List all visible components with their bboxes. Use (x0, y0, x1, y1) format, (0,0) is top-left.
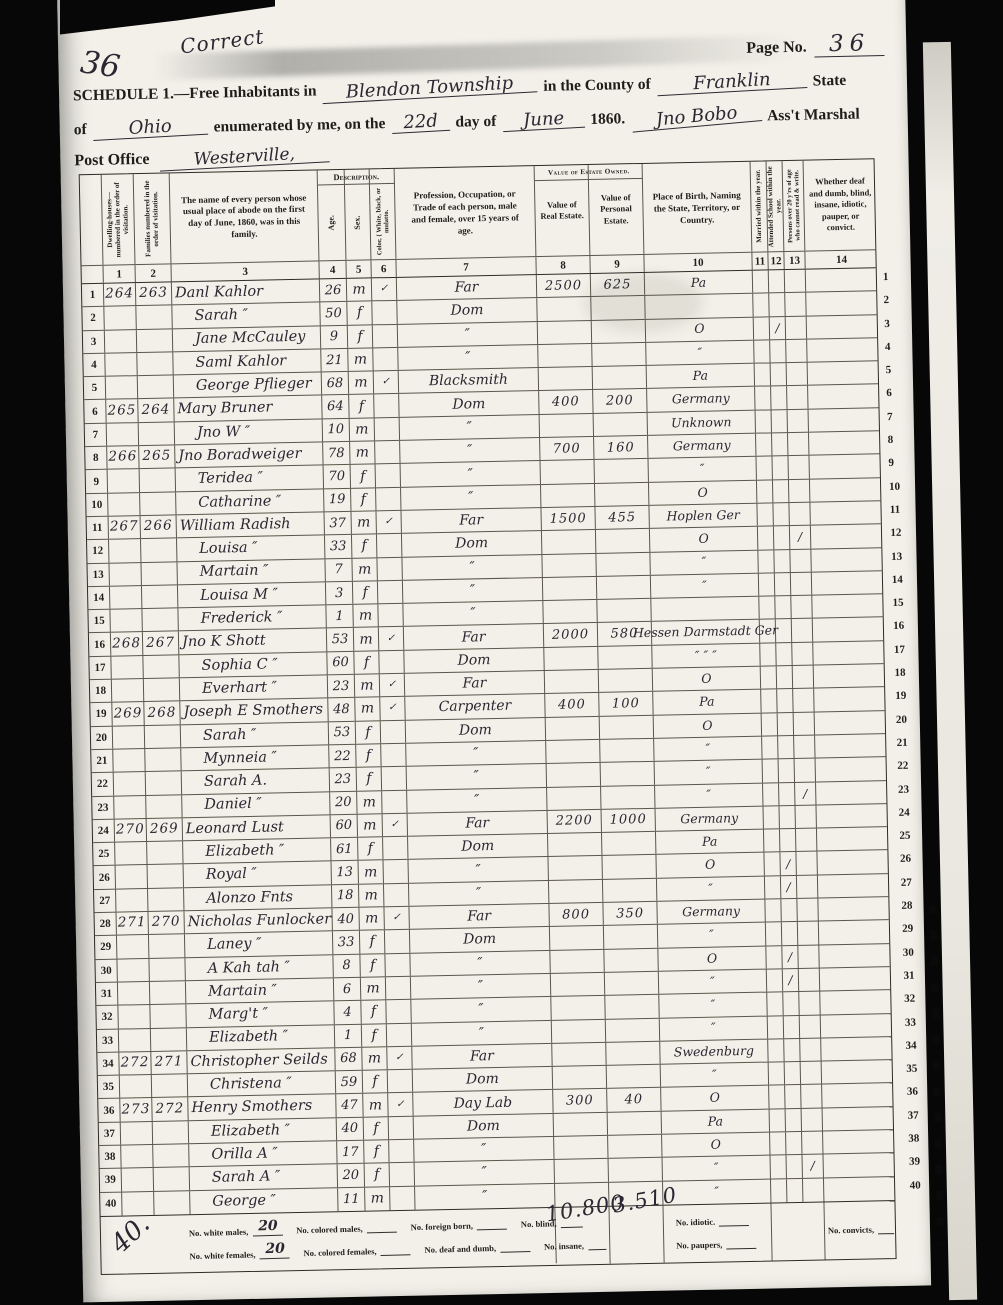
deaf-dumb-field: No. deaf and dumb, (424, 1242, 530, 1255)
right-line-number: 31 (897, 964, 923, 988)
cell-personal-estate (606, 1042, 660, 1065)
cell-age: 53 (329, 721, 356, 744)
cell-age: 1 (326, 605, 353, 628)
cell-age: 68 (322, 372, 349, 395)
cell-birthplace: Hoplen Ger (649, 504, 757, 528)
cell-cannot-read-mark (799, 968, 820, 991)
cell-occupation: Dom (397, 298, 537, 323)
cell-married-mark (755, 364, 771, 387)
cell-sex: m (348, 348, 373, 371)
cell-cannot-read-mark (791, 572, 812, 595)
line-number: 32 (96, 1006, 118, 1029)
cell-name: Sarah A. (182, 769, 330, 794)
cell-family (152, 1074, 188, 1097)
cell-school-mark (787, 1178, 803, 1202)
cell-school-mark (769, 293, 785, 316)
cell-remarks (820, 967, 892, 991)
cell-married-mark (771, 1179, 787, 1203)
cell-school-mark: / (782, 946, 798, 969)
cell-school-mark (776, 619, 792, 642)
cell-remarks (822, 1083, 894, 1107)
cell-personal-estate (597, 576, 651, 599)
cell-dwelling (110, 586, 142, 609)
cell-remarks (807, 338, 879, 362)
cell-dwelling (119, 1028, 151, 1051)
cell-family (144, 678, 180, 701)
line-number: 27 (94, 889, 116, 912)
cell-school-mark (779, 806, 795, 829)
cell-birthplace: Pa (647, 364, 755, 388)
cell-cannot-read-mark (798, 922, 819, 945)
cell-dwelling: 270 (115, 819, 147, 842)
cell-sex: m (363, 1094, 388, 1117)
cell-remarks (810, 478, 882, 502)
line-number: 22 (92, 773, 114, 796)
cell-age: 59 (336, 1071, 363, 1094)
cell-married-mark (763, 806, 779, 829)
cell-birthplace: ″ (650, 550, 758, 574)
cell-name: Nicholas Funlocker (184, 908, 332, 933)
cell-age: 22 (329, 745, 356, 768)
cell-married-mark (769, 1086, 785, 1109)
cell-cannot-read-mark: / (790, 526, 811, 549)
cell-age: 33 (333, 931, 360, 954)
cell-birthplace: ″ (657, 876, 765, 900)
cell-married-mark (762, 713, 778, 736)
cell-personal-estate (603, 878, 657, 901)
cell-married-mark (762, 736, 778, 759)
cell-color-mark (373, 348, 398, 371)
cell-school-mark (785, 1085, 801, 1108)
cell-color-mark: ✓ (376, 511, 401, 534)
cell-color-mark (376, 464, 401, 487)
cell-remarks (820, 990, 892, 1014)
cell-remarks (813, 618, 885, 642)
cell-occupation: ″ (401, 461, 541, 486)
cell-cannot-read-mark (793, 689, 814, 712)
cell-real-estate: 2500 (537, 274, 591, 297)
right-line-number: 12 (888, 522, 914, 546)
cell-occupation: Dom (408, 834, 548, 859)
cell-real-estate: 1500 (541, 507, 595, 530)
cell-real-estate (547, 786, 601, 809)
cell-married-mark (764, 853, 780, 876)
header-school: Attended School within the year. (767, 161, 785, 251)
cell-married-mark (753, 294, 769, 317)
cell-personal-estate (596, 529, 650, 552)
cell-remarks (815, 711, 887, 735)
cell-sex: m (352, 558, 377, 581)
cell-name: Danl Kahlor (172, 279, 320, 304)
cell-name: Royal ″ (184, 862, 332, 887)
cell-school-mark (784, 1039, 800, 1062)
cell-cannot-read-mark (798, 945, 819, 968)
cell-cannot-read-mark (801, 1062, 822, 1085)
cell-remarks (813, 641, 885, 665)
cell-dwelling (118, 982, 150, 1005)
cell-dwelling (120, 1075, 152, 1098)
cell-occupation: ″ (400, 438, 540, 463)
county-value: Franklin (656, 69, 807, 96)
cell-school-mark (772, 433, 788, 456)
cell-married-mark (761, 666, 777, 689)
cell-dwelling: 266 (107, 446, 139, 469)
cell-age: 19 (324, 489, 351, 512)
cell-real-estate (548, 856, 602, 879)
cell-real-estate (551, 973, 605, 996)
colnum-2: 2 (136, 264, 172, 282)
right-line-number: 28 (895, 894, 921, 918)
day-value: 22d (391, 112, 450, 134)
cell-birthplace: ″ (663, 1156, 771, 1180)
cell-age: 1 (335, 1024, 362, 1047)
cell-sex: m (355, 674, 380, 697)
cell-dwelling (104, 306, 136, 329)
cell-school-mark: / (780, 852, 796, 875)
cell-dwelling (108, 493, 140, 516)
cell-name: William Radish (177, 512, 325, 537)
cell-occupation: ″ (398, 322, 538, 347)
cell-color-mark: ✓ (383, 814, 408, 837)
cell-dwelling: 264 (104, 283, 136, 306)
cell-remarks (807, 315, 879, 339)
cell-married-mark (756, 410, 772, 433)
cell-real-estate: 400 (545, 693, 599, 716)
line-number: 30 (95, 959, 117, 982)
cell-cannot-read-mark (800, 1038, 821, 1061)
census-table: Description. Value of Estate Owned. Dwel… (79, 158, 897, 1275)
cell-occupation: ″ (410, 951, 550, 976)
colnum-3: 3 (171, 261, 319, 281)
right-line-number: 36 (899, 1081, 925, 1105)
cell-age: 48 (328, 698, 355, 721)
right-line-number: 25 (894, 825, 920, 849)
cell-married-mark (756, 457, 772, 480)
cell-remarks (823, 1130, 895, 1154)
cell-married-mark (756, 433, 772, 456)
colnum-9: 9 (590, 255, 644, 273)
cell-dwelling (116, 865, 148, 888)
line-number: 34 (97, 1052, 119, 1075)
line-number: 7 (85, 424, 107, 447)
cell-personal-estate (600, 739, 654, 762)
cell-sex: f (347, 302, 372, 325)
township-value: Blendon Township (322, 73, 538, 104)
cell-personal-estate: 100 (599, 692, 653, 715)
cell-personal-estate: 40 (607, 1088, 661, 1111)
cell-real-estate (542, 553, 596, 576)
cell-color-mark (385, 953, 410, 976)
cell-birthplace: ″ (661, 1063, 769, 1087)
cell-name: Daniel ″ (182, 792, 330, 817)
right-line-number: 22 (892, 755, 918, 779)
cell-cannot-read-mark (788, 456, 809, 479)
cell-cannot-read-mark (788, 409, 809, 432)
cell-married-mark (769, 1062, 785, 1085)
colnum-6: 6 (371, 260, 396, 277)
cell-married-mark (761, 690, 777, 713)
cell-name: Jane McCauley (173, 326, 321, 351)
cell-dwelling: 271 (116, 912, 148, 935)
cell-name: Orilla A ″ (189, 1141, 337, 1166)
cell-dwelling (108, 469, 140, 492)
cell-real-estate: 700 (540, 437, 594, 460)
cell-cannot-read-mark (789, 503, 810, 526)
line-number: 35 (98, 1076, 120, 1099)
cell-married-mark (768, 1016, 784, 1039)
cell-real-estate (546, 740, 600, 763)
cell-sex: f (363, 1070, 388, 1093)
right-line-number: 4 (884, 335, 910, 359)
header-name: The name of every person whose usual pla… (170, 170, 320, 263)
cell-cannot-read-mark (799, 992, 820, 1015)
cell-cannot-read-mark (795, 805, 816, 828)
cell-dwelling (118, 1005, 150, 1028)
cell-real-estate (538, 344, 592, 367)
line-number: 13 (87, 563, 109, 586)
line-number: 37 (99, 1122, 121, 1145)
cell-school-mark (773, 503, 789, 526)
cell-occupation: ″ (406, 741, 546, 766)
cell-dwelling: 267 (109, 516, 141, 539)
cell-sex: f (349, 395, 374, 418)
right-line-number: 16 (890, 615, 916, 639)
cell-personal-estate (608, 1135, 662, 1158)
table-header: Description. Value of Estate Owned. Dwel… (80, 159, 876, 265)
year-value: 1860. (590, 110, 625, 129)
cell-family (150, 981, 186, 1004)
cell-name: Elizabeth ″ (183, 838, 331, 863)
footer-tallies: No. white males,20 No. colored males, No… (100, 1206, 556, 1275)
enumerated-label: enumerated by me, on the (213, 115, 385, 136)
cell-remarks (812, 594, 884, 618)
cell-name: Sarah ″ (172, 303, 320, 328)
cell-birthplace: O (649, 480, 757, 504)
cell-real-estate (539, 367, 593, 390)
cell-sex: m (354, 628, 379, 651)
cell-color-mark (377, 557, 402, 580)
cell-family (143, 655, 179, 678)
cell-sex: f (360, 931, 385, 954)
cell-family (141, 539, 177, 562)
cell-personal-estate: 455 (595, 506, 649, 529)
cell-married-mark (759, 597, 775, 620)
cell-cannot-read-mark (790, 549, 811, 572)
cell-family (142, 585, 178, 608)
cell-dwelling (112, 679, 144, 702)
cell-occupation: ″ (403, 578, 543, 603)
cell-personal-estate (601, 762, 655, 785)
cell-birthplace: Swedenburg (660, 1039, 768, 1063)
cell-cannot-read-mark (802, 1108, 823, 1131)
cell-married-mark (766, 946, 782, 969)
cell-personal-estate (594, 413, 648, 436)
cell-color-mark (383, 837, 408, 860)
header-family: Families numbered in the order of visita… (134, 173, 172, 264)
state-value: Ohio (92, 116, 208, 141)
cell-family (137, 352, 173, 375)
cell-married-mark (753, 270, 769, 293)
cell-real-estate (544, 647, 598, 670)
cell-dwelling: 272 (119, 1052, 151, 1075)
cell-color-mark (378, 581, 403, 604)
cell-remarks (821, 1014, 893, 1038)
cell-remarks (818, 874, 890, 898)
cell-age: 47 (336, 1094, 363, 1117)
cell-dwelling (113, 726, 145, 749)
footer-tally-row2: No. white females,20 No. colored females… (189, 1241, 555, 1261)
cell-name: Jno K Shott (179, 629, 327, 654)
cell-married-mark (757, 480, 773, 503)
cell-age: 11 (338, 1187, 365, 1211)
cell-dwelling: 273 (120, 1098, 152, 1121)
cell-married-mark (763, 760, 779, 783)
cell-school-mark (776, 643, 792, 666)
line-number: 26 (94, 866, 116, 889)
cell-remarks (819, 920, 891, 944)
cell-age: 40 (332, 908, 359, 931)
cell-age: 61 (331, 838, 358, 861)
of-word: of (74, 121, 87, 139)
marshal-label: Ass't Marshal (767, 106, 860, 126)
state-word: State (812, 72, 846, 91)
cell-dwelling (105, 353, 137, 376)
cell-personal-estate (599, 669, 653, 692)
right-line-number: 38 (900, 1127, 926, 1151)
cell-married-mark (755, 387, 771, 410)
cell-birthplace: ″ (659, 969, 767, 993)
cell-remarks (811, 548, 883, 572)
cell-real-estate (547, 763, 601, 786)
cell-school-mark (771, 363, 787, 386)
right-line-number: 34 (898, 1034, 924, 1058)
cell-age: 64 (322, 395, 349, 418)
cell-sex: f (351, 488, 376, 511)
cell-remarks (816, 757, 888, 781)
cell-birthplace: ″ (658, 923, 766, 947)
right-line-number: 3 (884, 312, 910, 336)
cell-school-mark (772, 410, 788, 433)
cell-personal-estate (600, 715, 654, 738)
cell-remarks (809, 431, 881, 455)
cell-color-mark (372, 301, 397, 324)
cell-dwelling (117, 959, 149, 982)
cell-sex: m (347, 278, 372, 301)
white-males-value: 20 (258, 1219, 278, 1234)
right-line-number: 33 (898, 1011, 924, 1035)
cell-sex: m (361, 977, 386, 1000)
cell-occupation: Carpenter (405, 694, 545, 719)
cell-cannot-read-mark (788, 433, 809, 456)
cell-occupation: Far (412, 1044, 552, 1069)
right-line-number: 5 (885, 359, 911, 383)
cell-personal-estate (591, 296, 645, 319)
line-number: 6 (84, 400, 106, 423)
header-dwelling: Dwelling-houses—numbered in the order of… (102, 174, 136, 265)
cell-sex: m (365, 1187, 390, 1211)
cell-name: Catharine ″ (176, 489, 324, 514)
month-value: June (502, 109, 585, 132)
cell-family (145, 748, 181, 771)
cell-school-mark (777, 689, 793, 712)
cell-remarks (809, 455, 881, 479)
cell-real-estate (549, 880, 603, 903)
cell-name: Jno Boradweiger (175, 442, 323, 467)
cell-remarks (811, 524, 883, 548)
line-number: 12 (87, 540, 109, 563)
cell-real-estate: 400 (539, 390, 593, 413)
cell-personal-estate (605, 995, 659, 1018)
cell-family (147, 841, 183, 864)
cell-color-mark: ✓ (379, 627, 404, 650)
cell-family (141, 562, 177, 585)
cell-remarks (816, 781, 888, 805)
cell-school-mark (779, 759, 795, 782)
line-number: 17 (89, 656, 111, 679)
cell-sex: f (361, 1000, 386, 1023)
right-line-number: 2 (883, 289, 909, 313)
cell-birthplace: ″ (646, 341, 754, 365)
post-office-label: Post Office (74, 151, 149, 171)
right-line-number: 26 (894, 848, 920, 872)
cell-real-estate: 300 (553, 1089, 607, 1112)
cell-name: Saml Kahlor (173, 349, 321, 374)
cell-birthplace: O (658, 946, 766, 970)
cell-real-estate (548, 833, 602, 856)
cell-cannot-read-mark (796, 852, 817, 875)
line-number: 29 (95, 936, 117, 959)
right-line-number: 7 (885, 405, 911, 429)
cell-occupation: Dom (399, 392, 539, 417)
cell-personal-estate (595, 483, 649, 506)
cell-color-mark: ✓ (380, 674, 405, 697)
cell-occupation: Far (409, 904, 549, 929)
idiotic-field: No. idiotic. (676, 1216, 750, 1227)
line-number: 23 (92, 796, 114, 819)
cell-remarks (814, 687, 886, 711)
cell-married-mark (771, 1156, 787, 1179)
right-line-number: 17 (890, 638, 916, 662)
margin-page-number: 36 (79, 47, 122, 83)
cell-age: 23 (328, 675, 355, 698)
cell-family: 272 (152, 1098, 188, 1121)
cell-school-mark (772, 456, 788, 479)
cell-real-estate (550, 926, 604, 949)
cell-name: Sarah ″ (181, 722, 329, 747)
cell-school-mark (777, 666, 793, 689)
cell-occupation: Far (397, 275, 537, 300)
cell-remarks (824, 1177, 896, 1202)
cell-sex: f (360, 954, 385, 977)
cell-color-mark (381, 744, 406, 767)
line-number: 20 (91, 726, 113, 749)
cell-dwelling (106, 376, 138, 399)
right-line-number: 35 (899, 1058, 925, 1082)
cell-family: 266 (141, 515, 177, 538)
cell-dwelling: 269 (112, 702, 144, 725)
cell-school-mark (778, 736, 794, 759)
schedule-title: SCHEDULE 1.—Free Inhabitants in (73, 82, 317, 105)
cell-personal-estate (604, 948, 658, 971)
cell-cannot-read-mark (795, 759, 816, 782)
cell-name: Martain ″ (186, 978, 334, 1003)
cell-birthplace: Unknown (648, 410, 756, 434)
cell-occupation: ″ (402, 555, 542, 580)
cell-school-mark (774, 526, 790, 549)
cell-occupation: Dom (406, 718, 546, 743)
cell-color-mark (382, 790, 407, 813)
cell-family: 263 (136, 282, 172, 305)
